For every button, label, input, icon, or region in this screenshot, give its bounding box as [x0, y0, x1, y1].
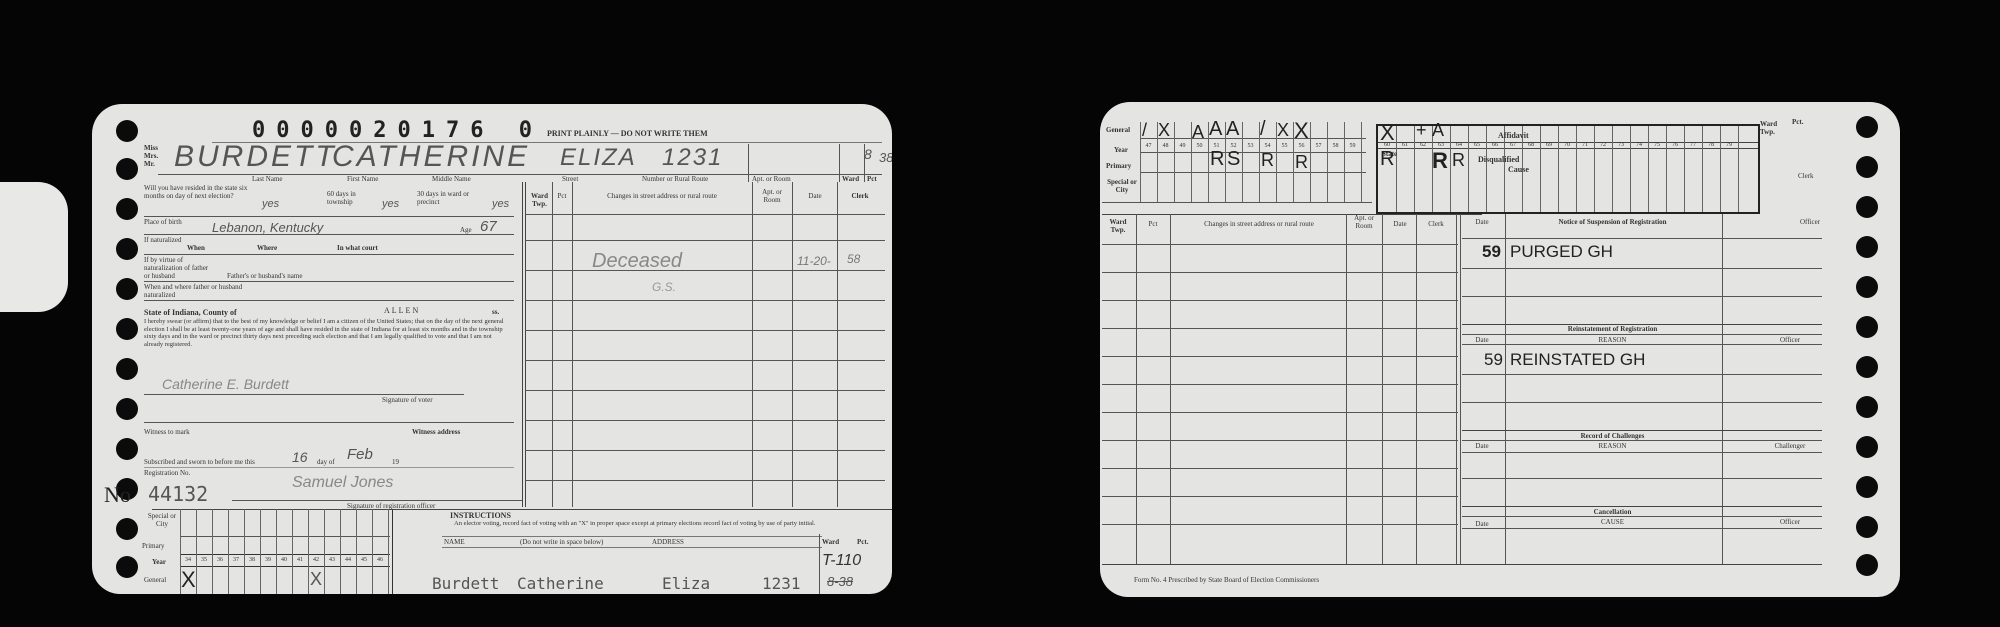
house-number-handwritten: 1231: [662, 144, 723, 172]
naturalized-label: If naturalized: [144, 236, 184, 244]
card-tab-remnant: [0, 182, 68, 312]
ryear-47: 47: [1140, 143, 1157, 149]
suspension-header-date: Date: [1462, 218, 1502, 226]
print-plainly-notice: PRINT PLAINLY — DO NOT WRITE THEM: [547, 130, 708, 138]
middle-name-handwritten: ELIZA: [560, 144, 637, 172]
registration-card-back: General Year Primary Special or City 47 …: [1100, 102, 1900, 597]
ryear-69: 69: [1540, 142, 1558, 148]
oath-text: I hereby swear (or affirm) that to the b…: [144, 318, 504, 348]
ryear-61: 61: [1396, 142, 1414, 148]
oath-heading: State of Indiana, County of: [144, 308, 237, 317]
grid-label-special: Special or City: [142, 512, 182, 528]
ryear-67: 67: [1504, 142, 1522, 148]
challenges-header-date: Date: [1462, 442, 1502, 450]
registration-no-prefix: No: [104, 482, 131, 508]
ryear-55: 55: [1276, 143, 1293, 149]
year-43: 43: [324, 557, 340, 563]
ryear-72: 72: [1594, 142, 1612, 148]
clerk-label-top: Clerk: [1798, 172, 1814, 180]
challenges-header-reason: REASON: [1505, 442, 1720, 450]
punch-hole: [1856, 196, 1878, 218]
change-row-2-address: Deceased: [592, 250, 682, 273]
punch-hole: [116, 238, 138, 260]
rchange-header-clerk: Clerk: [1418, 220, 1454, 228]
rchange-header-address: Changes in street address or rural route: [1174, 220, 1344, 228]
punch-hole: [116, 278, 138, 300]
challenges-header-challenger: Challenger: [1760, 442, 1820, 450]
apt-room-label: Apt. or Room: [752, 175, 791, 183]
number-route-label: Number or Rural Route: [642, 175, 708, 183]
typed-house-number: 1231: [762, 574, 801, 593]
rgrid-label-year: Year: [1114, 146, 1128, 154]
instructions-ward-label: Ward: [822, 538, 839, 546]
ward-value: 8: [864, 146, 872, 162]
reinstatement-date: 59: [1484, 350, 1503, 370]
year-40: 40: [276, 557, 292, 563]
cancellation-title: Cancellation: [1505, 508, 1720, 516]
place-of-birth-value: Lebanon, Kentucky: [212, 220, 323, 235]
change-row-2-clerk: 58: [847, 252, 860, 266]
father-naturalized-label: When and where father or husband natural…: [144, 283, 254, 299]
place-of-birth-label: Place of birth: [144, 218, 184, 226]
punch-hole: [116, 358, 138, 380]
reinstatement-header-officer: Officer: [1760, 336, 1820, 344]
year-46: 46: [372, 557, 388, 563]
instructions-do-not-write: (Do not write in space below): [520, 538, 603, 546]
suspension-notice: PURGED GH: [1510, 242, 1613, 262]
year-39: 39: [260, 557, 276, 563]
punch-hole: [1856, 516, 1878, 538]
last-name-label: Last Name: [252, 175, 283, 183]
day-of-label: day of: [317, 458, 335, 466]
father-name-label: Father's or husband's name: [227, 272, 302, 280]
primary-mark-64: R: [1452, 150, 1465, 171]
ryear-76: 76: [1666, 142, 1684, 148]
witness-address-label: Witness address: [412, 428, 460, 436]
challenges-title: Record of Challenges: [1505, 432, 1720, 440]
street-label: Street: [562, 175, 578, 183]
change-header-clerk: Clerk: [838, 192, 882, 200]
year-34: 34: [180, 557, 196, 563]
typed-last-name: Burdett: [432, 574, 499, 593]
punch-hole: [116, 556, 138, 578]
right-voting-grid-left: 47 48 49 50 51 52 53 54 55 56 57 58 59 /…: [1140, 122, 1370, 202]
punch-hole: [1856, 276, 1878, 298]
rgrid-label-special: Special or City: [1104, 178, 1140, 194]
ryear-74: 74: [1630, 142, 1648, 148]
punch-hole: [1856, 436, 1878, 458]
punch-hole: [1856, 156, 1878, 178]
reinstatement-reason: REINSTATED GH: [1510, 350, 1645, 370]
primary-mark-60: R: [1380, 148, 1394, 171]
virtue-label: If by virtue of naturalization of father…: [144, 256, 214, 280]
ryear-70: 70: [1558, 142, 1576, 148]
ryear-78: 78: [1702, 142, 1720, 148]
punch-hole: [1856, 356, 1878, 378]
punch-hole: [116, 518, 138, 540]
instructions-text: An elector voting, record fact of voting…: [454, 520, 854, 528]
pct-value: 38: [879, 150, 892, 165]
year-42: 42: [308, 557, 324, 563]
change-header-address: Changes in street address or rural route: [574, 192, 750, 200]
form-footer: Form No. 4 Prescribed by State Board of …: [1134, 576, 1319, 584]
ryear-79: 79: [1720, 142, 1738, 148]
punch-hole: [116, 158, 138, 180]
punch-hole: [116, 318, 138, 340]
officer-signature: Samuel Jones: [292, 474, 393, 492]
change-header-ward: Ward Twp.: [527, 192, 552, 208]
change-header-date: Date: [793, 192, 837, 200]
month-value: Feb: [347, 446, 373, 463]
cause-label: Cause: [1508, 166, 1529, 174]
punch-hole: [116, 120, 138, 142]
age-value: 67: [480, 218, 497, 235]
residency-precinct-answer: yes: [492, 198, 509, 210]
ryear-59: 59: [1344, 143, 1361, 149]
year-37: 37: [228, 557, 244, 563]
instructions-pct-value: 8-38: [827, 574, 853, 589]
year-45: 45: [356, 557, 372, 563]
grid-label-year: Year: [152, 558, 166, 566]
registration-card-front: 0000020176 0 PRINT PLAINLY — DO NOT WRIT…: [92, 104, 892, 594]
year-35: 35: [196, 557, 212, 563]
residency-township-question: 60 days in township: [327, 190, 377, 206]
disqualified-label: Disqualified: [1478, 156, 1519, 164]
punch-hole: [116, 398, 138, 420]
age-label: Age: [460, 226, 472, 234]
ryear-68: 68: [1522, 142, 1540, 148]
primary-mark-54: R: [1261, 150, 1274, 171]
instructions-pct-label: Pct.: [857, 538, 868, 546]
rchange-header-date: Date: [1384, 220, 1416, 228]
general-mark-42: X: [310, 569, 322, 590]
reinstatement-title: Reinstatement of Registration: [1505, 325, 1720, 333]
ryear-48: 48: [1157, 143, 1174, 149]
ryear-71: 71: [1576, 142, 1594, 148]
last-name-handwritten: BURDETT: [174, 140, 337, 174]
day-value: 16: [292, 449, 308, 465]
county-value: ALLEN: [384, 306, 420, 315]
ryear-77: 77: [1684, 142, 1702, 148]
residency-state-answer: yes: [262, 198, 279, 210]
ward-twp-label: Ward Twp.: [1760, 120, 1784, 136]
year-36: 36: [212, 557, 228, 563]
ryear-58: 58: [1327, 143, 1344, 149]
right-voting-grid-right: 60 61 62 63 64 65 66 67 68 69 70 71 72 7…: [1376, 124, 1760, 214]
rchange-header-apt: Apt. or Room: [1348, 214, 1380, 230]
year-44: 44: [340, 557, 356, 563]
reinstatement-header-date: Date: [1462, 336, 1502, 344]
ryear-49: 49: [1174, 143, 1191, 149]
punch-hole: [1856, 476, 1878, 498]
punch-hole: [1856, 554, 1878, 576]
change-row-3-address: G.S.: [652, 280, 676, 294]
ss-label: ss.: [492, 308, 499, 316]
registration-number: 44132: [148, 482, 208, 506]
pct-label: Pct: [867, 175, 877, 183]
ward-label: Ward: [842, 175, 859, 183]
residency-township-answer: yes: [382, 198, 399, 210]
rgrid-label-general: General: [1106, 126, 1130, 134]
grid-label-general: General: [144, 576, 166, 584]
suspension-header-notice: Notice of Suspension of Registration: [1505, 218, 1720, 226]
instructions-title: INSTRUCTIONS: [450, 512, 511, 520]
middle-name-label: Middle Name: [432, 175, 471, 183]
year-41: 41: [292, 557, 308, 563]
witness-mark-label: Witness to mark: [144, 428, 190, 436]
primary-mark-51: R: [1210, 148, 1224, 171]
rgrid-label-primary: Primary: [1106, 162, 1131, 170]
cancellation-header-cause: CAUSE: [1505, 518, 1720, 526]
punch-hole: [1856, 316, 1878, 338]
affidavit-label: Affidavit: [1498, 132, 1529, 140]
change-row-2-date: 11-20-: [797, 254, 831, 268]
first-name-label: First Name: [347, 175, 378, 183]
primary-mark-52: S: [1227, 148, 1240, 171]
typed-middle-name: Eliza: [662, 574, 710, 593]
ryear-54: 54: [1259, 143, 1276, 149]
residency-precinct-question: 30 days in ward or precinct: [417, 190, 487, 206]
ryear-53: 53: [1242, 143, 1259, 149]
pct-label-right: Pct.: [1792, 118, 1803, 126]
punch-hole: [116, 198, 138, 220]
cancellation-header-date: Date: [1462, 520, 1502, 528]
general-mark-34: X: [181, 567, 196, 593]
punch-hole: [1856, 116, 1878, 138]
residency-state-question: Will you have resided in the state six m…: [144, 184, 254, 200]
suspension-header-officer: Officer: [1790, 218, 1830, 226]
ryear-65: 65: [1468, 142, 1486, 148]
instructions-ward-value: T-110: [822, 552, 861, 570]
instructions-address-label: ADDRESS: [652, 538, 684, 546]
cancellation-header-officer: Officer: [1760, 518, 1820, 526]
change-header-pct: Pct: [553, 192, 571, 200]
first-name-handwritten: CATHERINE: [332, 140, 530, 174]
ryear-75: 75: [1648, 142, 1666, 148]
year-38: 38: [244, 557, 260, 563]
suspension-date: 59: [1482, 242, 1501, 262]
ryear-57: 57: [1310, 143, 1327, 149]
ryear-66: 66: [1486, 142, 1504, 148]
court-label: In what court: [337, 244, 378, 252]
where-label: Where: [257, 244, 277, 252]
change-header-apt: Apt. or Room: [753, 188, 791, 204]
when-label: When: [187, 244, 205, 252]
grid-label-primary: Primary: [142, 542, 165, 550]
ryear-73: 73: [1612, 142, 1630, 148]
voter-signature-label: Signature of voter: [382, 396, 433, 404]
rchange-header-pct: Pct: [1138, 220, 1168, 228]
typed-first-name: Catherine: [517, 574, 604, 593]
punch-hole: [116, 438, 138, 460]
rchange-header-ward: Ward Twp.: [1104, 218, 1132, 234]
ryear-64: 64: [1450, 142, 1468, 148]
reinstatement-header-reason: REASON: [1505, 336, 1720, 344]
title-prefix: Miss Mrs. Mr.: [144, 144, 164, 168]
subscribed-text: Subscribed and sworn to before me this: [144, 458, 255, 466]
punch-hole: [1856, 396, 1878, 418]
punch-hole: [1856, 236, 1878, 258]
ryear-62: 62: [1414, 142, 1432, 148]
instructions-name-label: NAME: [444, 538, 465, 546]
year-prefix: 19: [392, 458, 399, 466]
ryear-50: 50: [1191, 143, 1208, 149]
primary-mark-63: R: [1432, 148, 1448, 174]
registration-no-label: Registration No.: [144, 469, 190, 477]
left-voting-grid: 34 35 36 37 38 39 40 41 42 43 44 45 46 X…: [180, 509, 392, 594]
primary-mark-56: R: [1295, 152, 1308, 173]
voter-signature: Catherine E. Burdett: [162, 376, 289, 392]
